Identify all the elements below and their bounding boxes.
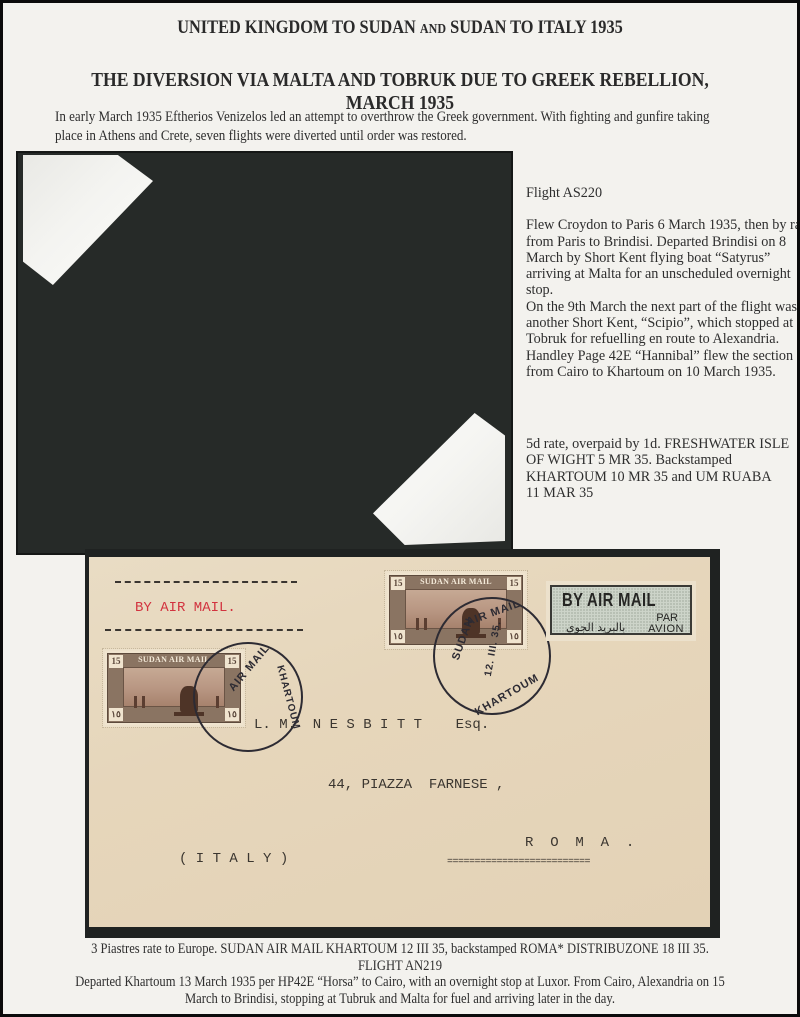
flight-as220-description: Flight AS220 Flew Croydon to Paris 6 Mar… [526,185,797,380]
caption-line: March to Brindisi, stopping at Tubruk an… [51,991,750,1008]
flight-line: Tobruk for refuelling en route to Alexan… [526,331,797,347]
flight-heading: Flight AS220 [526,185,797,201]
caption-line: Departed Khartoum 13 March 1935 per HP42… [51,974,750,991]
intro-text: In early March 1935 Eftherios Venizelos … [55,108,739,146]
empty-cover-mount [16,151,513,555]
intro-line: place in Athens and Crete, seven flights… [55,127,739,146]
label-arabic: بالبريد الجوي [566,621,625,634]
palm-tree-icon [424,618,427,630]
stamp-value-arabic: ١٥ [109,708,123,721]
palm-tree-icon [134,696,137,708]
address-street: 44, PIAZZA FARNESE , [328,777,504,793]
palm-tree-icon [142,696,145,708]
album-page: UNITED KINGDOM TO SUDAN AND SUDAN TO ITA… [3,3,797,1014]
stamp-value: 15 [109,655,123,668]
khartoum-postmark-main: SUDAN AIR MAIL 12. III. 35. KHARTOUM [433,597,551,715]
flight-line: arriving at Malta for an unscheduled ove… [526,266,797,282]
postmark-date: 12. III. 35. [483,620,504,678]
flight-line: another Short Kent, “Scipio”, which stop… [526,315,797,331]
postmark-text: KHARTOUM [473,672,541,718]
rate-description: 5d rate, overpaid by 1d. FRESHWATER ISLE… [526,436,796,501]
typed-airmail-endorsement: BY AIR MAIL. [135,600,236,616]
city-underline: ========================== [447,857,590,868]
stamp-value-arabic: ١٥ [391,630,405,643]
page-title: UNITED KINGDOM TO SUDAN AND SUDAN TO ITA… [59,17,742,39]
photo-corner-bottom-right [373,413,505,545]
typed-dash-line [115,581,297,583]
label-by-air-mail: BY AIR MAIL [562,590,656,611]
title-part-2: SUDAN TO ITALY 1935 [450,17,623,38]
flight-line: Handley Page 42E “Hannibal” flew the sec… [526,348,797,364]
flight-line: On the 9th March the next part of the fl… [526,299,797,315]
address-city: R O M A . [525,835,634,851]
flight-line: from Paris to Brindisi. Departed Brindis… [526,234,797,250]
label-border: BY AIR MAIL بالبريد الجوي PAR AVION [550,585,692,635]
flight-line: stop. [526,282,797,298]
flight-line: from Cairo to Khartoum on 10 March 1935. [526,364,797,380]
address-name: L. M. N E S B I T T Esq. [254,717,489,733]
rate-line: OF WIGHT 5 MR 35. Backstamped [526,452,796,468]
caption-line: 3 Piastres rate to Europe. SUDAN AIR MAI… [51,941,750,958]
envelope-mount: BY AIR MAIL. SUDAN AIR MAIL 15 15 ١٥ ١٥ [85,549,720,938]
palm-tree-icon [416,618,419,630]
stamp-value: 15 [391,577,405,590]
airmail-cover: BY AIR MAIL. SUDAN AIR MAIL 15 15 ١٥ ١٥ [89,557,710,927]
rate-line: 11 MAR 35 [526,485,796,501]
rate-line: 5d rate, overpaid by 1d. FRESHWATER ISLE [526,436,796,452]
flight-line: Flew Croydon to Paris 6 March 1935, then… [526,217,797,233]
typed-dash-line [105,629,303,631]
address-country: ( I T A L Y ) [179,851,288,867]
flight-body: Flew Croydon to Paris 6 March 1935, then… [526,217,797,380]
intro-line: In early March 1935 Eftherios Venizelos … [55,108,739,127]
stamp-heading: SUDAN AIR MAIL [407,577,505,586]
postmark-text: AIR MAIL [227,642,273,693]
flight-line: March by Short Kent flying boat “Satyrus… [526,250,797,266]
par-avion-label: BY AIR MAIL بالبريد الجوي PAR AVION [546,581,696,641]
title-part-1: UNITED KINGDOM TO SUDAN [177,17,416,38]
photo-corner-top-left [23,155,153,285]
rate-line: KHARTOUM 10 MR 35 and UM RUABA [526,469,796,485]
khartoum-postmark-left: AIR MAIL KHARTOUM [193,642,303,752]
title-and: AND [420,22,446,37]
cover-caption: 3 Piastres rate to Europe. SUDAN AIR MAI… [51,941,750,1007]
label-avion: AVION [648,623,684,635]
stamp-value: 15 [507,577,521,590]
flight-an219-heading: FLIGHT AN219 [51,958,750,975]
